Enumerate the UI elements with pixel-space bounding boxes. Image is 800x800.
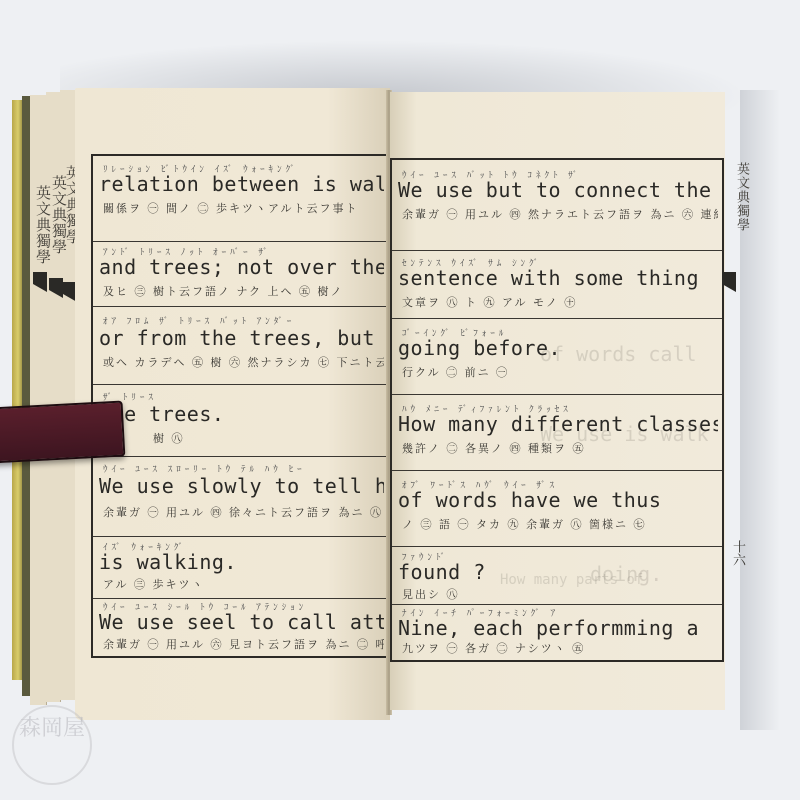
japanese-gloss: 文章ヲ ㊇ ト ㊈ アル モノ ㊉ (402, 294, 718, 310)
text-row: ｳｲｰ ﾕｰｽ ﾊﾞｯﾄ ﾄｳ ｺﾈｸﾄ ｻﾞ We use but to co… (392, 160, 722, 251)
english-line: sentence with some thing (398, 266, 718, 290)
text-row: ｾﾝﾃﾝｽ ｳｲｽﾞ ｻﾑ ｼﾝｸﾞ sentence with some th… (392, 250, 722, 319)
english-line: We use but to connect the (398, 178, 718, 202)
right-page: of words call We use is walk doing. How … (390, 92, 725, 710)
text-row: ﾌｧｳﾝﾄﾞ found ? 見出シ ㊇ (392, 546, 722, 605)
japanese-gloss: ノ ㊂ 語 ㊀ タカ ㊈ 余輩ガ ㊇ 箇様ニ ㊆ (402, 516, 718, 532)
english-line: the trees. (99, 402, 384, 426)
english-line: How many different classes (398, 412, 718, 436)
page-number: 十六 (728, 540, 747, 566)
japanese-gloss: 或ヘ カラデヘ ㊄ 樹 ㊅ 然ナラシカ ㊆ 下ニト云フ (103, 354, 384, 370)
japanese-gloss: 九ツヲ ㊀ 各ガ ㊁ ナシツヽ ㊄ (402, 640, 718, 656)
english-line: of words have we thus (398, 488, 718, 512)
japanese-gloss: 樹 ㊇ (153, 430, 384, 446)
text-row: ｺﾞｰｲﾝｸﾞ ﾋﾞﾌｫｰﾙ going before. 行クル ㊁ 前ニ ㊀ (392, 318, 722, 395)
running-head: 英文典獨學 (732, 162, 751, 232)
text-row: ｳｲｰ ﾕｰｽ ｽﾛｰﾘｰ ﾄｳ ﾃﾙ ﾊｳ ﾋｰ We use slowly … (93, 456, 388, 537)
english-line: relation between is walking (99, 172, 384, 196)
japanese-gloss: 幾許ノ ㊁ 各異ノ ㊃ 種類ヲ ㊄ (402, 440, 718, 456)
english-line: or from the trees, but under (99, 326, 384, 350)
japanese-gloss: アル ㊂ 歩キツヽ (103, 576, 384, 592)
text-row: ｻﾞ ﾄﾘｰｽ the trees. 樹 ㊇ (93, 384, 388, 457)
japanese-gloss: 見出シ ㊇ (402, 586, 718, 602)
english-line: is walking. (99, 550, 384, 574)
japanese-gloss: 余輩ガ ㊀ 用ユル ㊃ 徐々ニト云フ語ヲ 為ニ ㊇ 話ス ㊆ 如何ニ(カヲ) ㊅ (103, 504, 384, 520)
text-row: ﾅｲﾝ ｲｰﾁ ﾊﾟｰﾌｫｰﾐﾝｸﾞ ｱ Nine, each performm… (392, 604, 722, 660)
bookmark (0, 401, 125, 464)
text-row: ﾊｳ ﾒﾆｰ ﾃﾞｨﾌｧﾚﾝﾄ ｸﾗｯｾｽ How many different… (392, 394, 722, 471)
english-line: and trees; not over the trees (99, 255, 384, 279)
japanese-gloss: 余輩ガ ㊀ 用ユル ㊃ 然ナラエト云フ語ヲ 為ニ ㊅ 連結スル ㊆ (402, 206, 718, 222)
watermark-logo: 森岡屋 (12, 705, 92, 785)
text-row: ｳｲｰ ﾕｰｽ ｼｰﾙ ﾄｳ ｺｰﾙ ｱﾃﾝｼｮﾝ We use seel to… (93, 598, 388, 656)
english-line: Nine, each performming a (398, 616, 718, 640)
left-page-frame: ﾘﾚｰｼｮﾝ ﾋﾞﾄｳｲﾝ ｲｽﾞ ｳｫｰｷﾝｸﾞ relation betwe… (91, 154, 388, 658)
english-line: We use seel to call attention (99, 610, 384, 634)
right-page-frame: ｳｲｰ ﾕｰｽ ﾊﾞｯﾄ ﾄｳ ｺﾈｸﾄ ｻﾞ We use but to co… (390, 158, 724, 662)
english-line: going before. (398, 336, 718, 360)
text-row: ｵﾌﾞ ﾜｰﾄﾞｽ ﾊｳﾞ ｳｲｰ ｻﾞｽ of words have we t… (392, 470, 722, 547)
japanese-gloss: 及ヒ ㊂ 樹ト云フ語ノ ナク 上ヘ ㊄ 樹ノ (103, 283, 384, 299)
text-row: ｲｽﾞ ｳｫｰｷﾝｸﾞ is walking. アル ㊂ 歩キツヽ (93, 536, 388, 599)
text-row: ﾘﾚｰｼｮﾝ ﾋﾞﾄｳｲﾝ ｲｽﾞ ｳｫｰｷﾝｸﾞ relation betwe… (93, 156, 388, 242)
english-line: found ? (398, 560, 718, 584)
text-row: ｵｱ ﾌﾛﾑ ｻﾞ ﾄﾘｰｽ ﾊﾞｯﾄ ｱﾝﾀﾞｰ or from the tr… (93, 306, 388, 385)
japanese-gloss: 余輩ガ ㊀ 用ユル ㊅ 見ヨト云フ語ヲ 為ニ ㊁ 呼フ ㊂ 氣付ヲ (103, 636, 384, 652)
japanese-gloss: 關係ヲ ㊀ 間ノ ㊁ 歩キツヽアルト云フ事ト (103, 200, 384, 216)
japanese-gloss: 行クル ㊁ 前ニ ㊀ (402, 364, 718, 380)
text-row: ｱﾝﾄﾞ ﾄﾘｰｽ ﾉｯﾄ ｵｰﾊﾞｰ ｻﾞ and trees; not ov… (93, 241, 388, 307)
english-line: We use slowly to tell how he (99, 474, 384, 498)
